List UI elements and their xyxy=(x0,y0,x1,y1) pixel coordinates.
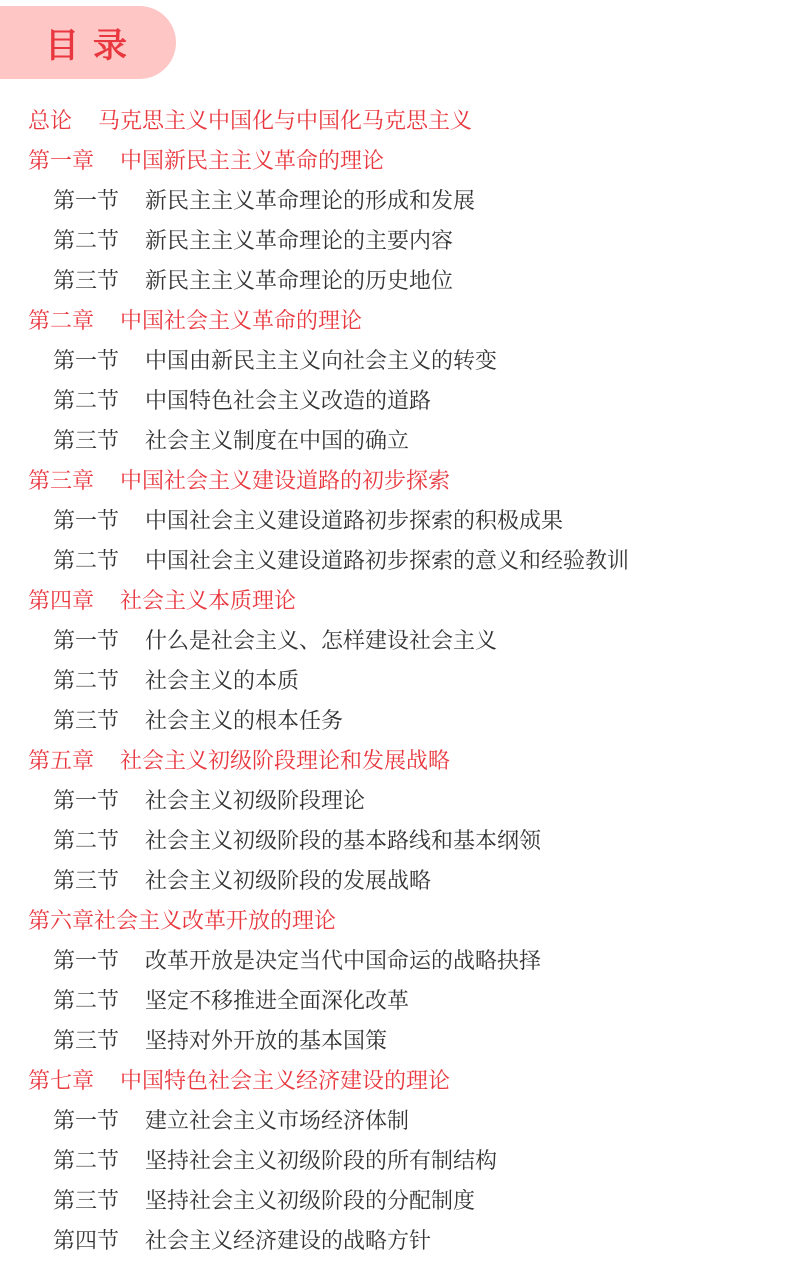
section-title: 坚持对外开放的基本国策 xyxy=(145,1029,387,1054)
section-number: 第三节 xyxy=(53,262,119,302)
toc-section[interactable]: 第二节社会主义初级阶段的基本路线和基本纲领 xyxy=(0,822,790,862)
section-title: 坚持社会主义初级阶段的所有制结构 xyxy=(145,1149,497,1174)
section-number: 第一节 xyxy=(53,622,119,662)
toc-chapter-6[interactable]: 第六章社会主义改革开放的理论 xyxy=(0,902,790,942)
toc-section[interactable]: 第一节中国由新民主主义向社会主义的转变 xyxy=(0,342,790,382)
toc-section[interactable]: 第二节中国社会主义建设道路初步探索的意义和经验教训 xyxy=(0,542,790,582)
toc-section[interactable]: 第三节新民主主义革命理论的历史地位 xyxy=(0,262,790,302)
toc-section[interactable]: 第一节建立社会主义市场经济体制 xyxy=(0,1102,790,1142)
toc-section[interactable]: 第一节改革开放是决定当代中国命运的战略抉择 xyxy=(0,942,790,982)
toc-section[interactable]: 第一节中国社会主义建设道路初步探索的积极成果 xyxy=(0,502,790,542)
section-title: 社会主义的根本任务 xyxy=(145,709,343,734)
section-number: 第一节 xyxy=(53,502,119,542)
table-of-contents: 总论马克思主义中国化与中国化马克思主义 第一章中国新民主主义革命的理论 第一节新… xyxy=(0,102,790,1262)
toc-section[interactable]: 第二节社会主义的本质 xyxy=(0,662,790,702)
chapter-title: 社会主义初级阶段理论和发展战略 xyxy=(120,749,450,774)
section-title: 新民主主义革命理论的主要内容 xyxy=(145,229,453,254)
section-title: 什么是社会主义、怎样建设社会主义 xyxy=(145,629,497,654)
section-title: 中国社会主义建设道路初步探索的意义和经验教训 xyxy=(145,549,629,574)
chapter-title: 中国新民主主义革命的理论 xyxy=(120,149,384,174)
section-title: 中国特色社会主义改造的道路 xyxy=(145,389,431,414)
chapter-title: 中国特色社会主义经济建设的理论 xyxy=(120,1069,450,1094)
section-number: 第二节 xyxy=(53,382,119,422)
section-number: 第二节 xyxy=(53,222,119,262)
chapter-number: 第六章 xyxy=(28,902,94,942)
section-title: 坚持社会主义初级阶段的分配制度 xyxy=(145,1189,475,1214)
section-title: 中国社会主义建设道路初步探索的积极成果 xyxy=(145,509,563,534)
section-number: 第三节 xyxy=(53,702,119,742)
section-number: 第三节 xyxy=(53,862,119,902)
section-title: 社会主义初级阶段理论 xyxy=(145,789,365,814)
toc-section[interactable]: 第二节坚持社会主义初级阶段的所有制结构 xyxy=(0,1142,790,1182)
chapter-number: 总论 xyxy=(28,102,72,142)
section-number: 第二节 xyxy=(53,982,119,1022)
section-title: 新民主主义革命理论的形成和发展 xyxy=(145,189,475,214)
section-number: 第一节 xyxy=(53,942,119,982)
section-number: 第二节 xyxy=(53,542,119,582)
toc-section[interactable]: 第一节新民主主义革命理论的形成和发展 xyxy=(0,182,790,222)
chapter-title: 社会主义本质理论 xyxy=(120,589,296,614)
section-title: 社会主义初级阶段的基本路线和基本纲领 xyxy=(145,829,541,854)
chapter-number: 第四章 xyxy=(28,582,94,622)
toc-chapter-5[interactable]: 第五章社会主义初级阶段理论和发展战略 xyxy=(0,742,790,782)
section-number: 第一节 xyxy=(53,182,119,222)
section-title: 改革开放是决定当代中国命运的战略抉择 xyxy=(145,949,541,974)
section-number: 第二节 xyxy=(53,1142,119,1182)
toc-chapter-1[interactable]: 第一章中国新民主主义革命的理论 xyxy=(0,142,790,182)
section-number: 第三节 xyxy=(53,1022,119,1062)
toc-section[interactable]: 第三节坚持对外开放的基本国策 xyxy=(0,1022,790,1062)
section-number: 第三节 xyxy=(53,1182,119,1222)
chapter-title: 社会主义改革开放的理论 xyxy=(94,909,336,934)
section-title: 建立社会主义市场经济体制 xyxy=(145,1109,409,1134)
toc-section[interactable]: 第一节社会主义初级阶段理论 xyxy=(0,782,790,822)
toc-section[interactable]: 第三节坚持社会主义初级阶段的分配制度 xyxy=(0,1182,790,1222)
toc-section[interactable]: 第三节社会主义初级阶段的发展战略 xyxy=(0,862,790,902)
section-title: 新民主主义革命理论的历史地位 xyxy=(145,269,453,294)
chapter-title: 马克思主义中国化与中国化马克思主义 xyxy=(98,109,472,134)
section-title: 社会主义的本质 xyxy=(145,669,299,694)
toc-section[interactable]: 第一节什么是社会主义、怎样建设社会主义 xyxy=(0,622,790,662)
section-title: 中国由新民主主义向社会主义的转变 xyxy=(145,349,497,374)
chapter-number: 第七章 xyxy=(28,1062,94,1102)
section-number: 第二节 xyxy=(53,822,119,862)
section-number: 第一节 xyxy=(53,1102,119,1142)
chapter-number: 第五章 xyxy=(28,742,94,782)
section-number: 第四节 xyxy=(53,1222,119,1262)
section-title: 社会主义制度在中国的确立 xyxy=(145,429,409,454)
page-title: 目录 xyxy=(35,18,141,67)
toc-chapter-3[interactable]: 第三章中国社会主义建设道路的初步探索 xyxy=(0,462,790,502)
section-title: 社会主义初级阶段的发展战略 xyxy=(145,869,431,894)
chapter-number: 第一章 xyxy=(28,142,94,182)
chapter-title: 中国社会主义革命的理论 xyxy=(120,309,362,334)
toc-chapter-2[interactable]: 第二章中国社会主义革命的理论 xyxy=(0,302,790,342)
chapter-number: 第二章 xyxy=(28,302,94,342)
toc-chapter-7[interactable]: 第七章中国特色社会主义经济建设的理论 xyxy=(0,1062,790,1102)
toc-section[interactable]: 第二节新民主主义革命理论的主要内容 xyxy=(0,222,790,262)
toc-section[interactable]: 第四节社会主义经济建设的战略方针 xyxy=(0,1222,790,1262)
toc-section[interactable]: 第二节坚定不移推进全面深化改革 xyxy=(0,982,790,1022)
toc-chapter-intro[interactable]: 总论马克思主义中国化与中国化马克思主义 xyxy=(0,102,790,142)
toc-header-pill: 目录 xyxy=(0,6,176,79)
toc-section[interactable]: 第二节中国特色社会主义改造的道路 xyxy=(0,382,790,422)
toc-chapter-4[interactable]: 第四章社会主义本质理论 xyxy=(0,582,790,622)
section-title: 坚定不移推进全面深化改革 xyxy=(145,989,409,1014)
section-number: 第一节 xyxy=(53,782,119,822)
toc-section[interactable]: 第三节社会主义的根本任务 xyxy=(0,702,790,742)
toc-section[interactable]: 第三节社会主义制度在中国的确立 xyxy=(0,422,790,462)
chapter-number: 第三章 xyxy=(28,462,94,502)
section-number: 第一节 xyxy=(53,342,119,382)
section-number: 第二节 xyxy=(53,662,119,702)
chapter-title: 中国社会主义建设道路的初步探索 xyxy=(120,469,450,494)
section-number: 第三节 xyxy=(53,422,119,462)
section-title: 社会主义经济建设的战略方针 xyxy=(145,1229,431,1254)
